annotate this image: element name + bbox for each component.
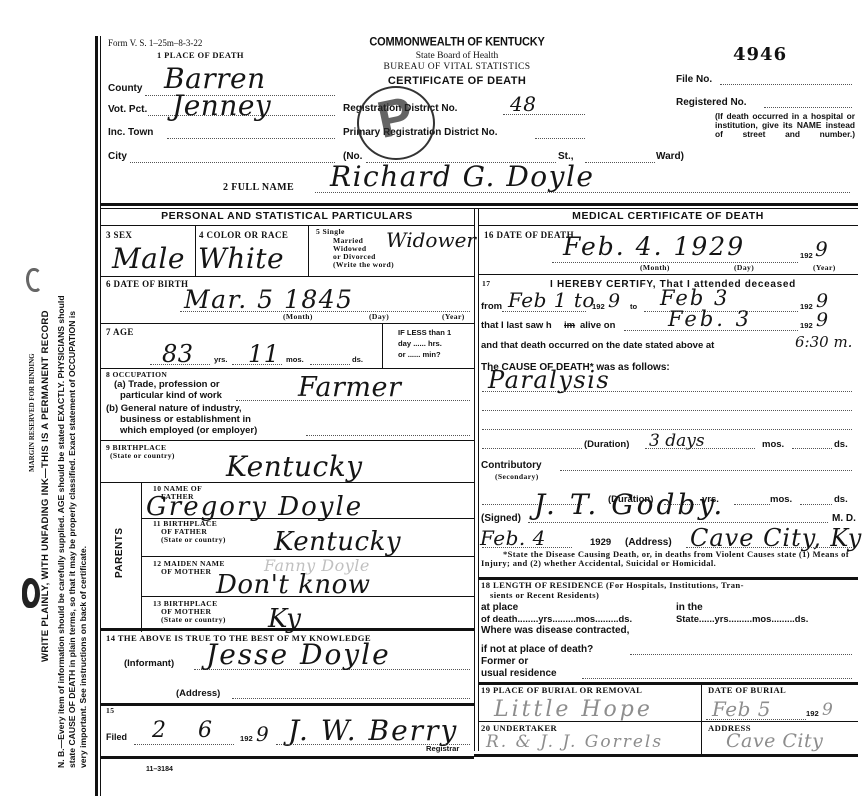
contributory-line xyxy=(560,470,852,471)
burial-year-suffix[interactable]: 9 xyxy=(822,700,833,720)
residence-where-contracted: Where was disease contracted, xyxy=(481,626,629,637)
left-border xyxy=(95,36,98,796)
occupation-a-line-2: particular kind of work xyxy=(120,391,222,401)
rule xyxy=(478,225,858,226)
parents-side-label: PARENTS xyxy=(114,527,125,578)
margin-nb-line-3: very important. See instructions on back… xyxy=(78,546,88,768)
dod-year-prefix: 192 xyxy=(800,252,813,260)
contributory-label: Contributory xyxy=(481,461,542,472)
duration-prefix-line xyxy=(482,448,582,449)
residence-usual: usual residence xyxy=(481,669,557,680)
residence-title-1: 18 LENGTH OF RESIDENCE (For Hospitals, I… xyxy=(481,581,744,590)
birthplace-sublabel: (State or country) xyxy=(110,452,175,460)
physician-signature[interactable]: J. T. Godby. xyxy=(534,488,725,521)
occupation-label: 8 OCCUPATION xyxy=(106,371,167,379)
residence-title-2: sients or Recent Residents) xyxy=(490,591,599,600)
certificate-title: CERTIFICATE OF DEATH xyxy=(362,75,552,87)
personal-section-title: PERSONAL AND STATISTICAL PARTICULARS xyxy=(100,211,474,222)
occupation-b-line-3: which employed (or employer) xyxy=(120,426,257,436)
ink-blot-highlight xyxy=(27,584,35,602)
duration-label: (Duration) xyxy=(584,440,629,450)
cause-line-1 xyxy=(482,391,852,392)
from-year-prefix: 192 xyxy=(592,303,605,311)
center-divider-2 xyxy=(478,208,479,751)
residence-state: State......yrs.........mos.........ds. xyxy=(676,614,808,624)
board-of-health: State Board of Health xyxy=(362,51,552,61)
last-saw-value[interactable]: Feb. 3 xyxy=(668,307,752,331)
cause-line-2 xyxy=(482,410,852,411)
occupation-b-line-2: business or establishment in xyxy=(120,415,251,425)
signed-line xyxy=(528,522,828,523)
sex-label: 3 SEX xyxy=(106,231,132,240)
rule xyxy=(100,628,474,631)
registered-no-line xyxy=(764,107,852,108)
death-occurred-time[interactable]: 6:30 m. xyxy=(795,333,852,351)
occupation-a-line-1: (a) Trade, profession or xyxy=(114,380,220,390)
residence-former-or: Former or xyxy=(481,657,528,668)
dob-year-caption: (Year) xyxy=(442,313,465,321)
dob-label: 6 DATE OF BIRTH xyxy=(106,280,188,289)
dob-month-caption: (Month) xyxy=(283,313,313,321)
file-no-line xyxy=(720,84,852,85)
residence-if-not: if not at place of death? xyxy=(481,645,593,656)
residence-in-the: in the xyxy=(676,603,703,614)
rule xyxy=(100,703,474,706)
commonwealth-title: COMMONWEALTH OF KENTUCKY xyxy=(362,35,552,48)
age-years-line xyxy=(150,364,210,365)
reg-district-value[interactable]: 48 xyxy=(510,92,536,116)
burial-date-line xyxy=(706,719,806,720)
undertaker-value[interactable]: R. & J. J. Gorrels xyxy=(486,732,663,752)
bureau-title: BUREAU OF VITAL STATISTICS xyxy=(352,62,562,72)
age-mos-caption: mos. xyxy=(286,356,304,364)
age-label: 7 AGE xyxy=(106,328,134,337)
primary-reg-line xyxy=(535,138,585,139)
age-ds-caption: ds. xyxy=(352,356,363,364)
inc-town-label: Inc. Town xyxy=(108,128,153,139)
last-saw-label: that I last saw h xyxy=(481,321,552,331)
last-saw-struck: im xyxy=(564,321,575,331)
cause-line-3 xyxy=(482,429,852,430)
filed-year-prefix: 192 xyxy=(240,735,253,743)
duration-mos-label: mos. xyxy=(762,440,784,450)
file-no-label: File No. xyxy=(676,75,712,86)
usual-residence-line xyxy=(582,678,852,679)
date-of-death-value[interactable]: Feb. 4. 1929 xyxy=(563,232,745,261)
signed-year: 1929 xyxy=(590,538,611,548)
rule xyxy=(382,324,383,368)
registrar-label: Registrar xyxy=(426,745,459,753)
rule xyxy=(100,756,474,759)
rule xyxy=(195,226,196,276)
vot-pct-label: Vot. Pct. xyxy=(108,105,147,116)
ward-label: Ward) xyxy=(656,152,684,163)
age-yrs-caption: yrs. xyxy=(214,356,228,364)
contrib-ds-label: ds. xyxy=(834,495,848,505)
certify-number: 17 xyxy=(482,280,490,288)
occupation-b-line-1: (b) General nature of industry, xyxy=(106,404,241,414)
last-saw-year-suffix[interactable]: 9 xyxy=(816,309,829,331)
rule xyxy=(701,684,702,754)
informant-value[interactable]: Jesse Doyle xyxy=(206,638,391,671)
attended-from-line xyxy=(502,311,586,312)
race-value[interactable]: White xyxy=(198,242,284,275)
alive-on-label: alive on xyxy=(580,321,615,331)
cause-of-death-value[interactable]: Paralysis xyxy=(488,366,610,394)
filed-label: Filed xyxy=(106,733,127,742)
residence-at-place: at place xyxy=(481,603,518,614)
county-label: County xyxy=(108,84,142,95)
parents-divider xyxy=(141,482,142,632)
to-year-prefix: 192 xyxy=(800,303,813,311)
physician-address-label: (Address) xyxy=(625,538,672,549)
informant-address-label: (Address) xyxy=(176,689,220,699)
occupation-b-line xyxy=(306,435,470,436)
filed-number: 15 xyxy=(106,707,114,715)
margin-nb-line-1: N. B.—Every item of information should b… xyxy=(56,295,66,768)
from-year-suffix[interactable]: 9 xyxy=(608,290,621,312)
death-occurred-label: and that death occurred on the date stat… xyxy=(481,341,714,351)
place-of-death-label: 1 PLACE OF DEATH xyxy=(157,51,244,60)
inc-town-line xyxy=(167,138,335,139)
dob-value[interactable]: Mar. 5 1845 xyxy=(184,285,354,314)
marital-value[interactable]: Widower xyxy=(386,228,476,252)
if-not-line xyxy=(630,654,852,655)
dob-day-caption: (Day) xyxy=(369,313,389,321)
age-months-line xyxy=(232,364,282,365)
center-divider xyxy=(474,208,475,751)
signed-label: (Signed) xyxy=(481,514,521,525)
section-divider xyxy=(100,203,858,206)
rule xyxy=(100,323,474,324)
dob-line xyxy=(180,311,470,312)
less-than-line-2: day ...... hrs. xyxy=(398,340,442,348)
city-label: City xyxy=(108,152,127,163)
contrib-mos-line xyxy=(734,504,770,505)
rule xyxy=(308,226,309,276)
dod-day-caption: (Day) xyxy=(734,264,754,272)
father-birthplace-value[interactable]: Kentucky xyxy=(274,527,401,557)
rule xyxy=(478,274,858,275)
st-line xyxy=(585,162,655,163)
rule xyxy=(100,276,474,277)
signed-date-line xyxy=(482,547,572,548)
rule xyxy=(478,721,858,722)
dod-month-caption: (Month) xyxy=(640,264,670,272)
registrar-signature[interactable]: J. W. Berry xyxy=(288,714,458,747)
residence-of-death: of death........yrs.........mos.........… xyxy=(481,614,632,624)
city-line xyxy=(130,162,335,163)
registered-no-label: Registered No. xyxy=(676,98,747,109)
contrib-mos-label: mos. xyxy=(770,495,792,505)
marital-label-5: (Write the word) xyxy=(333,261,394,269)
rule xyxy=(100,440,474,441)
burial-date-label: DATE OF BURIAL xyxy=(708,686,786,695)
medical-section-title: MEDICAL CERTIFICATE OF DEATH xyxy=(478,211,858,222)
filed-month[interactable]: 2 xyxy=(152,718,167,743)
burial-date-value[interactable]: Feb 5 xyxy=(712,697,771,721)
duration-ds-label: ds. xyxy=(834,440,848,450)
less-than-line-1: IF LESS than 1 xyxy=(398,329,451,337)
last-saw-year-prefix: 192 xyxy=(800,322,813,330)
rule xyxy=(141,596,474,597)
full-name-value[interactable]: Richard G. Doyle xyxy=(330,160,594,193)
duration-mos-line xyxy=(792,448,832,449)
margin-reserved-note: MARGIN RESERVED FOR BINDING xyxy=(28,353,36,472)
file-number-stamp: 4946 xyxy=(733,44,787,65)
section-divider-thin xyxy=(100,208,858,209)
dod-line xyxy=(552,262,798,263)
secondary-label: (Secondary) xyxy=(495,473,539,481)
ink-blot-mark xyxy=(26,268,42,292)
margin-write-plainly: WRITE PLAINLY, WITH UNFADING INK—THIS IS… xyxy=(40,310,51,662)
hospital-note: (If death occurred in a hospital or inst… xyxy=(715,112,855,138)
burial-year-prefix: 192 xyxy=(806,710,819,718)
margin-nb-line-2: state CAUSE OF DEATH in plain terms, so … xyxy=(67,311,77,768)
age-days-line xyxy=(310,364,350,365)
occupation-value[interactable]: Farmer xyxy=(298,372,401,403)
rule xyxy=(100,225,474,226)
father-bp-label-3: (State or country) xyxy=(161,536,226,544)
left-border-inner xyxy=(100,36,101,796)
attended-from-label: from xyxy=(481,302,502,312)
duration-line xyxy=(645,448,755,449)
contrib-ds-line xyxy=(800,504,832,505)
informant-address-line xyxy=(232,698,470,699)
burial-place-value[interactable]: Little Hope xyxy=(494,697,653,722)
filed-year-suffix[interactable]: 9 xyxy=(256,722,269,746)
attended-from-value[interactable]: Feb 1 to xyxy=(508,288,595,312)
date-of-death-label: 16 DATE OF DEATH xyxy=(484,231,574,240)
rule xyxy=(100,368,474,369)
marital-label-1: 5 Single xyxy=(316,228,345,236)
mother-bp-label-3: (State or country) xyxy=(161,616,226,624)
cause-footnote: *State the Disease Causing Death, or, in… xyxy=(481,550,853,568)
race-label: 4 COLOR OR RACE xyxy=(199,231,288,240)
filed-day[interactable]: 6 xyxy=(198,718,213,743)
birthplace-value[interactable]: Kentucky xyxy=(226,450,363,483)
full-name-label: 2 FULL NAME xyxy=(223,183,294,194)
filed-date-line xyxy=(134,744,234,745)
undertaker-address-value[interactable]: Cave City xyxy=(726,730,823,752)
md-label: M. D. xyxy=(832,514,856,525)
last-saw-line xyxy=(624,330,798,331)
footer-code: 11–3184 xyxy=(146,766,173,773)
sex-value[interactable]: Male xyxy=(112,242,185,275)
vot-pct-value[interactable]: Jenney xyxy=(172,89,271,122)
mother-name-label-2: OF MOTHER xyxy=(161,568,211,576)
burial-place-label: 19 PLACE OF BURIAL OR REMOVAL xyxy=(481,686,642,695)
to-label: to xyxy=(630,303,637,311)
informant-label: (Informant) xyxy=(124,659,174,669)
dod-year-caption: (Year) xyxy=(813,264,836,272)
form-number: Form V. S. 1–25m–8-3-22 xyxy=(108,38,202,48)
rule xyxy=(474,754,858,757)
physician-address-line xyxy=(686,547,852,548)
rule xyxy=(100,482,474,483)
less-than-line-3: or ...... min? xyxy=(398,351,441,359)
dod-year-suffix[interactable]: 9 xyxy=(815,237,828,261)
